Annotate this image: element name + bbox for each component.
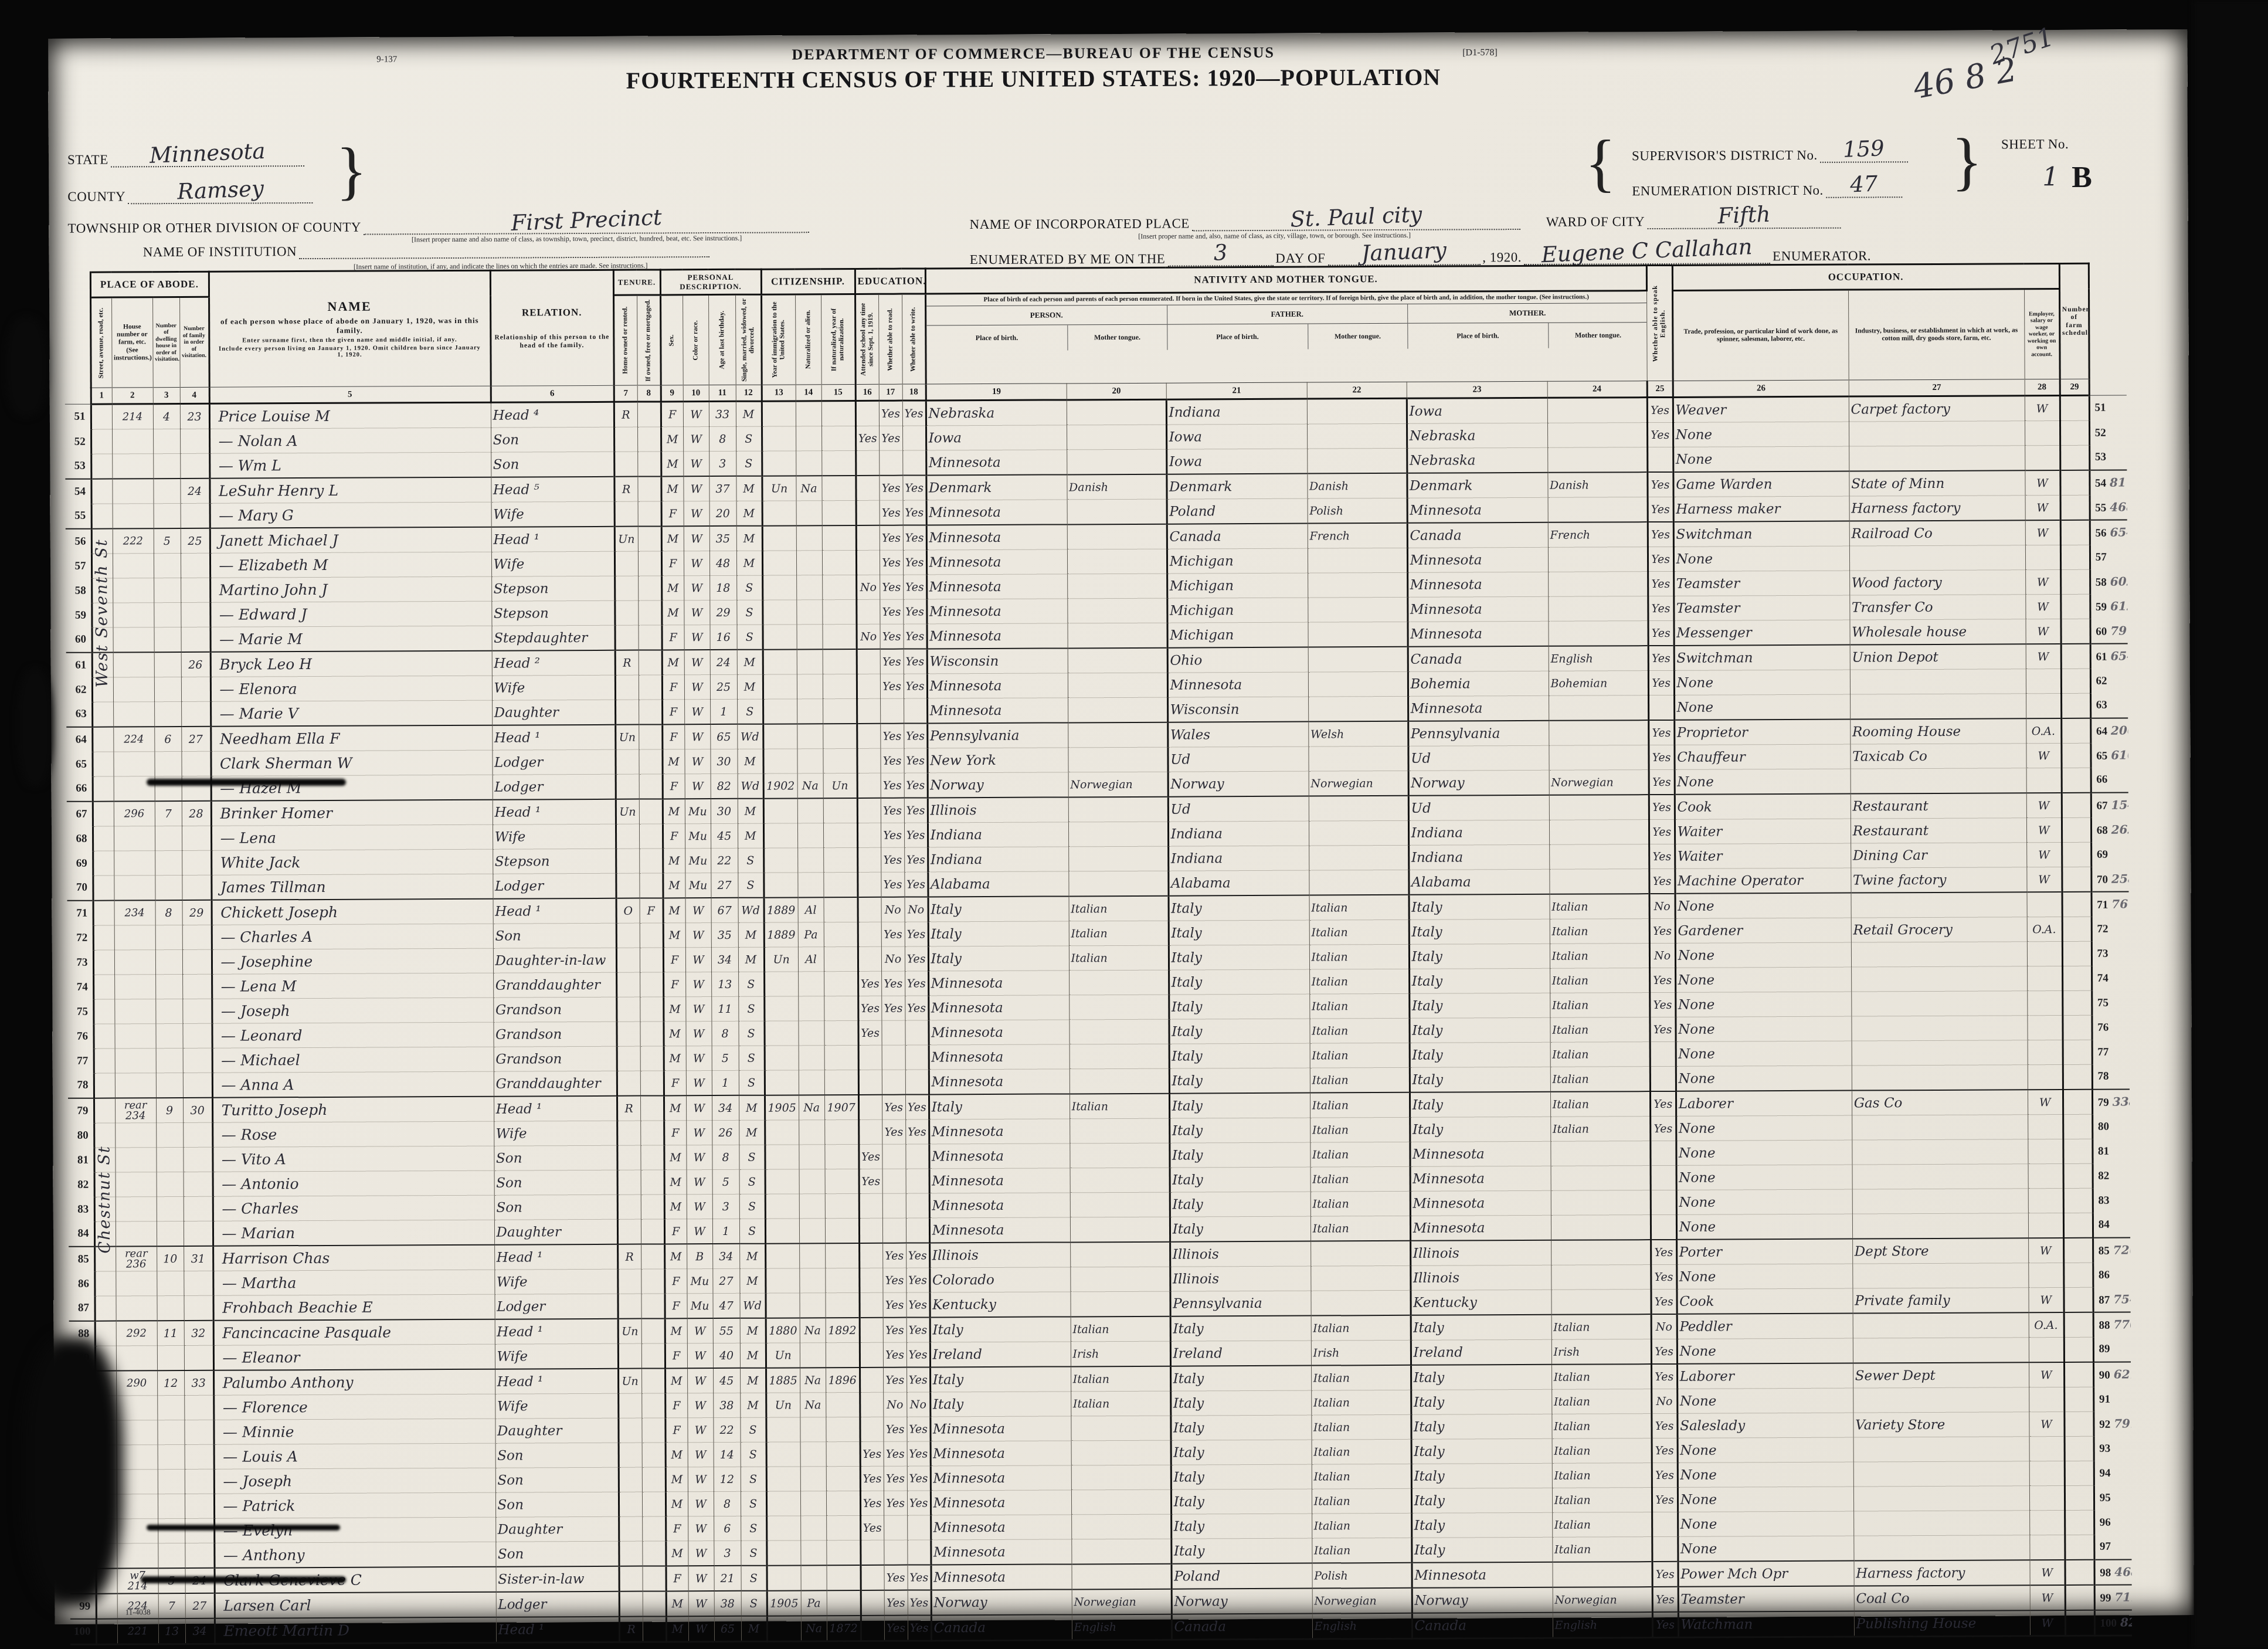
cell-industry — [1853, 1511, 2029, 1536]
census-title: FOURTEENTH CENSUS OF THE UNITED STATES: … — [459, 62, 1608, 95]
cell-naturalization-year — [826, 1342, 860, 1368]
cell-naturalization-year — [823, 624, 857, 649]
cell-line-number: 77 — [68, 1049, 94, 1073]
cell-industry — [1851, 768, 2026, 794]
cell-line-number: 78 — [68, 1073, 94, 1098]
cell-mother-birthplace: Italy — [1410, 1067, 1550, 1092]
cell-color-or-race: W — [687, 1393, 713, 1418]
cell-speaks-english — [1651, 1165, 1676, 1190]
cell-family-number: 26 — [181, 652, 210, 677]
cell-mother-mother-tongue — [1551, 1166, 1651, 1191]
cell-speaks-english: Yes — [1652, 1587, 1678, 1612]
cell-father-mother-tongue: Italian — [1312, 1538, 1411, 1563]
cell-able-to-read: Yes — [883, 1368, 906, 1393]
cell-age: 65 — [714, 1616, 741, 1642]
cell-family-number: 34 — [185, 1619, 215, 1644]
cell-attended-school — [860, 1392, 883, 1417]
cell-sex: M — [663, 1022, 685, 1046]
cell-industry — [1853, 1338, 2029, 1363]
cell-relation: Son — [495, 1467, 619, 1492]
cell-worker-class — [2026, 694, 2061, 719]
cell-mother-mother-tongue: Italian — [1552, 1512, 1652, 1538]
cell-age: 35 — [709, 526, 736, 551]
cell-mother-mother-tongue — [1547, 398, 1647, 423]
cell-mother-mother-tongue: Italian — [1550, 1017, 1650, 1043]
cell-naturalized-or-alien: Na — [800, 1368, 826, 1393]
cell-father-birthplace: Poland — [1167, 498, 1308, 524]
cell-color-or-race: W — [684, 650, 710, 675]
cell-father-mother-tongue — [1311, 1290, 1411, 1315]
cell-relation: Son — [495, 1443, 619, 1468]
cell-industry — [1849, 421, 2025, 446]
cell-mother-mother-tongue: Italian — [1552, 1438, 1652, 1464]
cell-immigration-year: Un — [766, 1393, 800, 1417]
cell-father-mother-tongue: Norwegian — [1312, 1588, 1412, 1614]
scan-artifact — [147, 1525, 340, 1531]
cell-worker-class: W — [2026, 867, 2062, 892]
cell-able-to-write: Yes — [904, 748, 927, 773]
cell-able-to-read: Yes — [882, 1268, 906, 1292]
cell-father-mother-tongue: Polish — [1312, 1563, 1412, 1589]
cell-owned-free-or-mortgaged — [643, 1566, 666, 1591]
census-scan-page: { "form": { "code": "9-137", "plate": "[… — [0, 0, 2268, 1649]
cell-line-number-right: 84 — [2093, 1213, 2130, 1238]
cell-home-owned-or-rented: Un — [616, 799, 639, 825]
cell-father-mother-tongue — [1307, 423, 1407, 449]
cell-family-number — [182, 875, 211, 900]
cell-attended-school — [858, 922, 881, 946]
cell-owned-free-or-mortgaged — [639, 724, 662, 749]
cell-occupation: Porter — [1676, 1239, 1852, 1265]
cell-color-or-race: W — [684, 625, 710, 650]
cell-house-number: 292 — [116, 1321, 157, 1346]
cell-father-mother-tongue — [1308, 696, 1408, 721]
census-table: PLACE OF ABODE. NAME of each person whos… — [64, 263, 2132, 1645]
state-label: STATE — [67, 152, 108, 167]
cell-naturalization-year — [824, 996, 858, 1020]
cell-speaks-english: Yes — [1648, 620, 1674, 646]
cell-person-mother-tongue — [1068, 623, 1167, 648]
cell-worker-class: W — [2025, 595, 2060, 619]
cell-line-number: 56 — [66, 529, 91, 554]
township-value: First Precinct — [510, 205, 662, 236]
cell-owned-free-or-mortgaged — [639, 650, 662, 675]
cell-speaks-english: Yes — [1647, 397, 1673, 422]
cell-name: Needham Ella F — [210, 725, 492, 752]
cell-naturalization-year — [823, 872, 857, 897]
cell-dwelling-number — [156, 1073, 183, 1098]
cell-able-to-write: Yes — [902, 475, 926, 500]
cell-immigration-year — [763, 724, 797, 749]
cell-dwelling-number — [157, 1221, 184, 1246]
cell-mother-mother-tongue — [1549, 621, 1648, 646]
cell-marital-status: M — [740, 1318, 766, 1343]
cell-naturalized-or-alien — [796, 551, 822, 575]
cell-person-mother-tongue — [1069, 995, 1169, 1020]
cell-age: 30 — [710, 749, 737, 773]
cell-occupation: Switchman — [1674, 645, 1850, 671]
cell-family-number: 32 — [184, 1321, 213, 1346]
cell-farm-schedule — [2064, 1287, 2093, 1312]
cell-color-or-race: W — [686, 1121, 712, 1145]
cell-immigration-year — [763, 699, 797, 724]
cell-sex: M — [664, 1046, 686, 1071]
cell-speaks-english: Yes — [1649, 745, 1675, 769]
cell-immigration-year — [763, 649, 797, 674]
margin-scribble: 767 — [2111, 897, 2129, 911]
cell-color-or-race: W — [687, 1195, 712, 1219]
cell-able-to-write: Yes — [906, 1342, 930, 1368]
cell-father-mother-tongue: Italian — [1311, 1365, 1411, 1390]
cell-farm-schedule — [2065, 1485, 2094, 1510]
cell-father-birthplace: Italy — [1169, 1043, 1310, 1068]
cell-farm-schedule — [2064, 1337, 2093, 1362]
cell-sex: M — [666, 1591, 688, 1616]
cell-dwelling-number: 6 — [154, 727, 181, 752]
cell-marital-status: S — [737, 699, 763, 724]
cell-naturalized-or-alien: Na — [797, 773, 823, 799]
cell-line-number-right: 83 — [2093, 1188, 2130, 1213]
margin-scribble: 770 — [2113, 1318, 2131, 1332]
cell-naturalization-year — [825, 1218, 859, 1243]
cell-mother-birthplace: Italy — [1411, 1488, 1552, 1513]
cell-person-mother-tongue — [1071, 1291, 1170, 1317]
cell-occupation: None — [1676, 1066, 1852, 1091]
scribble-sheet: 46 8 2 — [1910, 50, 2020, 107]
cell-color-or-race: W — [684, 749, 710, 774]
cell-industry: Railroad Co — [1849, 520, 2025, 546]
cell-marital-status: M — [740, 1393, 766, 1417]
cell-line-number: 84 — [69, 1222, 94, 1247]
cell-speaks-english: Yes — [1649, 992, 1675, 1017]
cell-worker-class: W — [2025, 520, 2060, 545]
cell-name: Harrison Chas — [213, 1245, 494, 1271]
cell-color-or-race: W — [688, 1566, 714, 1591]
cell-line-number: 71 — [67, 901, 93, 926]
cell-able-to-read — [884, 1540, 907, 1565]
cell-owned-free-or-mortgaged — [639, 700, 662, 725]
cell-attended-school — [861, 1616, 884, 1641]
cell-family-number: 33 — [184, 1370, 213, 1396]
cell-mother-mother-tongue: Italian — [1550, 1067, 1650, 1092]
enumerator-label: ENUMERATOR. — [1773, 248, 1871, 263]
cell-industry — [1853, 1387, 2029, 1413]
cell-farm-schedule — [2065, 1461, 2094, 1485]
cell-farm-schedule — [2062, 917, 2092, 941]
margin-scribble: 258 — [2111, 871, 2129, 885]
cell-father-mother-tongue: Italian — [1310, 1166, 1410, 1192]
cell-name: — Marie V — [210, 700, 492, 727]
cell-mother-birthplace: Italy — [1410, 1117, 1550, 1142]
cell-person-birthplace: Minnesota — [929, 1044, 1070, 1070]
cell-occupation: Teamster — [1673, 571, 1849, 596]
cell-father-mother-tongue — [1308, 647, 1408, 672]
cell-attended-school — [860, 1342, 883, 1368]
place-label: NAME OF INCORPORATED PLACE — [969, 216, 1189, 232]
cell-home-owned-or-rented — [616, 923, 640, 948]
cell-sex: M — [662, 749, 684, 774]
cell-father-mother-tongue: Welsh — [1308, 721, 1408, 747]
cell-person-mother-tongue — [1071, 1416, 1170, 1441]
cell-relation: Grandson — [494, 1046, 617, 1071]
cell-attended-school — [858, 1070, 882, 1095]
cell-farm-schedule — [2065, 1560, 2094, 1585]
cell-able-to-read: Yes — [880, 724, 904, 749]
col-house-number: House number or farm, etc. (See instruct… — [111, 297, 153, 388]
cell-family-number — [181, 578, 210, 602]
cell-naturalized-or-alien: Na — [799, 1095, 824, 1120]
cell-father-birthplace: Michigan — [1167, 573, 1308, 598]
cell-street — [93, 776, 114, 802]
cell-dwelling-number: 4 — [153, 403, 180, 429]
cell-name: — Vito A — [212, 1146, 494, 1172]
cell-worker-class — [2027, 990, 2062, 1015]
cell-name: Fancincacine Pasquale — [213, 1319, 495, 1346]
cell-immigration-year — [762, 600, 796, 625]
cell-naturalized-or-alien — [796, 501, 822, 526]
cell-industry: Variety Store — [1853, 1412, 2029, 1437]
cell-age: 34 — [712, 1244, 739, 1269]
cell-mother-mother-tongue — [1547, 447, 1647, 473]
cell-owned-free-or-mortgaged — [640, 1095, 664, 1121]
cell-dwelling-number: 11 — [157, 1321, 184, 1346]
cell-house-number — [116, 1222, 157, 1247]
cell-house-number — [114, 876, 155, 901]
cell-naturalization-year — [825, 1268, 859, 1292]
cell-owned-free-or-mortgaged — [642, 1492, 666, 1516]
cell-color-or-race: B — [687, 1244, 712, 1269]
cell-family-number: 27 — [181, 727, 210, 752]
cell-farm-schedule — [2065, 1510, 2094, 1535]
cell-person-mother-tongue — [1068, 722, 1167, 748]
cell-father-mother-tongue: Irish — [1311, 1340, 1411, 1365]
cell-father-birthplace: Michigan — [1167, 598, 1308, 623]
cell-color-or-race: W — [685, 1022, 711, 1046]
cell-sex: F — [664, 1219, 687, 1244]
cell-person-birthplace: Minnesota — [930, 1416, 1071, 1441]
cell-father-mother-tongue — [1308, 671, 1408, 697]
cell-mother-birthplace: Minnesota — [1410, 1141, 1550, 1166]
cell-able-to-write: Yes — [905, 971, 928, 996]
cell-mother-birthplace: Pennsylvania — [1408, 721, 1549, 747]
cell-home-owned-or-rented — [618, 1418, 641, 1443]
cell-immigration-year — [762, 575, 796, 600]
cell-owned-free-or-mortgaged — [639, 625, 662, 650]
cell-person-birthplace: Minnesota — [931, 1539, 1071, 1565]
cell-line-number-right: 71767 — [2092, 892, 2129, 917]
cell-able-to-read: Yes — [884, 1616, 908, 1641]
cell-owned-free-or-mortgaged — [640, 1022, 663, 1046]
margin-scribble: 754 — [2113, 1292, 2131, 1306]
cell-able-to-read: No — [881, 946, 905, 971]
cell-name: — Louis A — [214, 1443, 495, 1469]
cell-father-mother-tongue: Italian — [1310, 1117, 1410, 1142]
year-label: , 1920. — [1482, 250, 1522, 264]
cell-relation: Granddaughter — [493, 972, 616, 997]
cell-age: 6 — [714, 1516, 741, 1541]
cell-speaks-english: Yes — [1649, 868, 1675, 894]
cell-name: Price Louise M — [209, 402, 491, 429]
cell-age: 22 — [713, 1417, 740, 1442]
cell-relation: Wife — [491, 551, 614, 576]
cell-line-number: 66 — [67, 776, 93, 802]
cell-house-number — [113, 504, 154, 529]
cell-age: 18 — [709, 575, 736, 600]
cell-color-or-race: W — [688, 1516, 714, 1541]
cell-mother-mother-tongue: Bohemian — [1549, 671, 1648, 696]
cell-family-number — [184, 1196, 213, 1221]
cell-attended-school — [858, 1119, 882, 1144]
col-worker-class: Employer, salary or wage worker, or work… — [2024, 289, 2060, 379]
cell-immigration-year — [765, 1194, 799, 1219]
cell-naturalization-year — [824, 897, 858, 922]
cell-house-number — [112, 429, 153, 454]
cell-person-birthplace: Minnesota — [928, 995, 1069, 1020]
cell-speaks-english: Yes — [1649, 795, 1675, 820]
cell-person-mother-tongue: English — [1072, 1614, 1172, 1640]
cell-marital-status: Wd — [738, 898, 764, 923]
cell-color-or-race: W — [686, 1071, 712, 1096]
cell-mother-mother-tongue: Irish — [1551, 1339, 1651, 1365]
margin-scribble: 206 — [2111, 724, 2128, 738]
cell-father-birthplace: Norway — [1172, 1589, 1312, 1614]
cell-able-to-write — [906, 1218, 929, 1243]
cell-farm-schedule — [2060, 470, 2090, 496]
cell-speaks-english: Yes — [1648, 497, 1673, 522]
cell-industry — [1852, 1016, 2028, 1041]
cell-street — [91, 429, 112, 454]
cell-line-number-right: 51 — [2089, 395, 2127, 420]
cell-attended-school: No — [857, 624, 880, 649]
cell-occupation: Harness maker — [1673, 496, 1849, 522]
cell-naturalization-year — [822, 575, 856, 599]
cell-family-number: 23 — [180, 403, 209, 429]
cell-occupation: None — [1676, 1189, 1852, 1214]
cell-mother-birthplace: Minnesota — [1410, 1166, 1551, 1191]
cell-able-to-write: Yes — [904, 649, 927, 674]
cell-speaks-english: Yes — [1648, 547, 1673, 571]
cell-able-to-write: Yes — [906, 1417, 930, 1441]
cell-house-number — [117, 1543, 158, 1569]
cell-father-mother-tongue: Norwegian — [1309, 771, 1408, 796]
cell-person-birthplace: Minnesota — [926, 549, 1067, 575]
cell-immigration-year — [762, 525, 796, 551]
cell-relation: Head ² — [492, 650, 615, 676]
col-naturalized: Naturalized or alien. — [795, 294, 821, 385]
cell-mother-birthplace: Nebraska — [1407, 423, 1547, 448]
cell-family-number — [185, 1494, 214, 1518]
cell-age: 1 — [712, 1219, 739, 1244]
cell-mother-mother-tongue — [1548, 596, 1648, 622]
cell-speaks-english: Yes — [1651, 1289, 1677, 1314]
cell-mother-mother-tongue: Italian — [1550, 894, 1649, 919]
cell-able-to-read — [882, 1020, 905, 1045]
cell-relation: Son — [494, 1170, 617, 1195]
cell-street — [93, 975, 114, 999]
cell-relation: Son — [491, 452, 614, 477]
cell-home-owned-or-rented — [617, 1121, 640, 1145]
cell-line-number-right: 79338 — [2092, 1089, 2130, 1114]
cell-color-or-race: W — [688, 1492, 714, 1516]
cell-worker-class — [2027, 966, 2062, 990]
cell-marital-status: M — [739, 1120, 765, 1145]
cell-name: Turitto Joseph — [212, 1097, 494, 1123]
cell-naturalization-year — [824, 1119, 858, 1144]
cell-line-number-right: 65610 — [2091, 743, 2128, 768]
cell-able-to-read: Yes — [879, 401, 902, 426]
cell-person-birthplace: Illinois — [929, 1242, 1070, 1268]
cell-family-number — [181, 627, 210, 652]
cell-marital-status: S — [739, 1194, 765, 1219]
cell-line-number: 61 — [66, 653, 92, 678]
cell-farm-schedule — [2062, 817, 2091, 842]
cell-relation: Lodger — [493, 774, 616, 799]
cell-attended-school — [859, 1193, 882, 1218]
cell-owned-free-or-mortgaged — [640, 1145, 664, 1170]
cell-owned-free-or-mortgaged — [641, 1343, 665, 1369]
cell-father-birthplace: Italy — [1169, 945, 1309, 970]
cell-marital-status: S — [739, 1046, 765, 1070]
cell-person-mother-tongue — [1067, 425, 1166, 450]
cell-worker-class: O.A. — [2027, 917, 2062, 941]
cell-worker-class: W — [2028, 1238, 2063, 1263]
cell-dwelling-number — [154, 627, 181, 652]
cell-relation: Daughter — [492, 700, 615, 725]
cell-naturalization-year — [823, 724, 857, 749]
margin-scribble: 822 — [2120, 1615, 2132, 1629]
table-body: 51214423Price Louise MHead ⁴RFW33MYesYes… — [65, 395, 2132, 1644]
cell-able-to-read: Yes — [884, 1441, 907, 1466]
cell-line-number: 65 — [66, 752, 92, 776]
cell-able-to-write: Yes — [904, 872, 928, 897]
cell-industry: Publishing House — [1854, 1610, 2030, 1637]
cell-occupation: Switchman — [1673, 521, 1849, 547]
cell-able-to-read — [882, 1218, 906, 1243]
cell-dwelling-number — [158, 1469, 185, 1494]
cell-marital-status: S — [741, 1591, 767, 1616]
cell-person-birthplace: Kentucky — [930, 1292, 1071, 1318]
cell-immigration-year — [766, 1541, 800, 1566]
cell-person-mother-tongue — [1067, 524, 1167, 549]
cell-color-or-race: W — [688, 1467, 714, 1492]
cell-relation: Daughter — [495, 1418, 618, 1443]
cell-dwelling-number: 8 — [155, 900, 182, 925]
cell-naturalization-year — [824, 971, 858, 996]
cell-naturalized-or-alien: Na — [796, 476, 821, 501]
cell-able-to-write — [905, 1020, 929, 1045]
cell-industry: Private family — [1853, 1288, 2029, 1314]
cell-person-birthplace: Norway — [928, 772, 1068, 798]
cell-home-owned-or-rented — [619, 1516, 642, 1541]
cell-attended-school — [855, 450, 879, 476]
cell-line-number-right: 87754 — [2093, 1287, 2131, 1312]
cell-name: — Charles A — [212, 924, 493, 949]
cell-attended-school — [860, 1292, 883, 1318]
cell-age: 12 — [714, 1467, 741, 1491]
cell-age: 21 — [714, 1566, 741, 1591]
cell-occupation: None — [1677, 1338, 1853, 1364]
col-attended-school: Attended school any time since Sept. 1, … — [855, 294, 879, 384]
cell-person-mother-tongue — [1071, 1465, 1171, 1490]
cell-sex: M — [661, 476, 683, 501]
cell-farm-schedule — [2065, 1535, 2094, 1560]
cell-attended-school — [861, 1590, 884, 1616]
cell-relation: Head ¹ — [495, 1319, 618, 1344]
cell-marital-status: S — [738, 873, 763, 898]
cell-father-mother-tongue — [1309, 820, 1408, 846]
cell-color-or-race: W — [684, 526, 709, 551]
cell-father-birthplace: Italy — [1170, 1366, 1311, 1392]
